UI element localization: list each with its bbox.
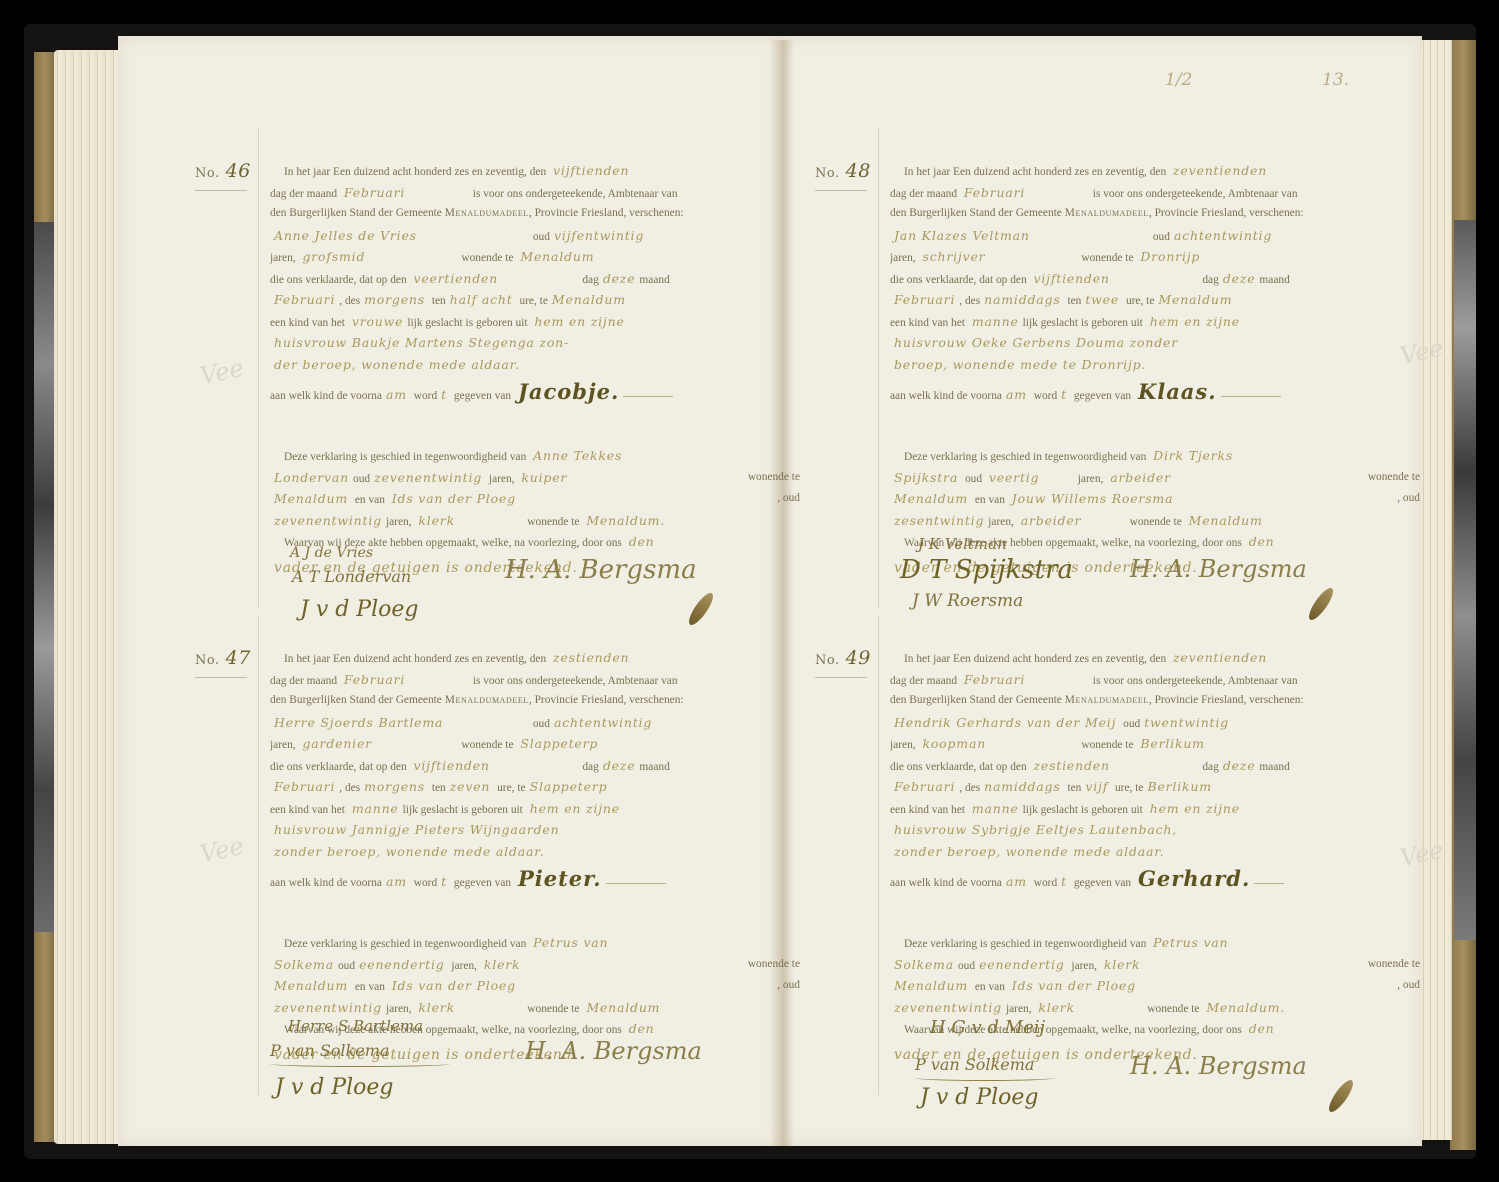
- number-rule: [195, 677, 247, 678]
- birth-record: No.49 In het jaar Een duizend acht honde…: [890, 647, 1420, 1070]
- birth-record: No.46 In het jaar Een duizend acht honde…: [270, 160, 800, 583]
- registration-day: zestienden: [549, 650, 633, 665]
- number-rule: [195, 190, 247, 191]
- witness-line-2: Solkemaoudeenendertig jaren, klerk wonen…: [890, 954, 1420, 976]
- time-of-day: morgens: [360, 779, 429, 794]
- left-binding: [34, 52, 56, 1142]
- child-name: Gerhard.: [1134, 866, 1254, 891]
- witness-line-1: Deze verklaring is geschied in tegenwoor…: [890, 932, 1420, 954]
- declarant-occupation: gardenier: [298, 733, 458, 755]
- signatures: J K Veltman D T Spijkstra J W Roersma H.…: [890, 535, 1410, 635]
- birth-hour: zeven: [446, 779, 495, 794]
- entry-number: No.46: [195, 160, 257, 182]
- line-4: Herre Sjoerds Bartlema oudachtentwintig: [270, 712, 800, 734]
- birth-record: No.48 In het jaar Een duizend acht honde…: [890, 160, 1420, 583]
- birth-place: Menaldum: [1154, 292, 1236, 307]
- mother-line-1: huisvrouw Baukje Martens Stegenga zon-: [270, 335, 573, 350]
- birth-place: Menaldum: [548, 292, 630, 307]
- child-sex: manne: [968, 801, 1023, 816]
- registration-day: zeventienden: [1169, 650, 1271, 665]
- witness1-name: Dirk Tjerks: [1149, 448, 1237, 463]
- witness2-residence: Menaldum: [1185, 513, 1267, 528]
- child-name: Pieter.: [514, 866, 606, 891]
- signature-declarant: J K Veltman: [918, 535, 1007, 553]
- mother-line-2: zonder beroep, wonende mede aldaar.: [270, 841, 740, 863]
- child-sex: manne: [348, 801, 403, 816]
- line-10: beroep, wonende mede te Dronrijp.: [890, 354, 1420, 376]
- birth-place: Slappeterp: [526, 779, 612, 794]
- signature-witness-2: J v d Ploeg: [920, 1085, 1039, 1110]
- registration-month: Februari: [960, 182, 1090, 204]
- line-5: jaren, schrijver wonende te Dronrijp: [890, 246, 1420, 268]
- birth-hour: half acht: [446, 292, 517, 307]
- line-11: aan welk kind de voornaam wordt gegeven …: [890, 862, 1420, 896]
- entry-number: No.48: [815, 160, 877, 182]
- no-label: No.: [195, 166, 220, 181]
- parents-text: hem en zijne: [526, 801, 624, 816]
- line-11: aan welk kind de voornaam wordt gegeven …: [270, 862, 800, 896]
- line-5: jaren, koopman wonende te Berlikum: [890, 733, 1420, 755]
- entry-number-col: No.47: [195, 647, 257, 678]
- witness-line-4: zevenentwintigjaren, klerk wonende te Me…: [890, 997, 1420, 1019]
- line-8: een kind van het mannelijk geslacht is g…: [890, 311, 1420, 333]
- marbled-board-left: [34, 222, 56, 932]
- witness1-occupation: klerk: [1100, 954, 1210, 976]
- line-7: Februari, desnamiddags tentwee ure, teMe…: [890, 289, 1420, 311]
- no-label: No.: [815, 166, 840, 181]
- witness1-occupation: kuiper: [517, 467, 627, 489]
- declarant-name: Herre Sjoerds Bartlema: [270, 712, 530, 734]
- witness-line-3: Menaldum en van Jouw Willems Roersma, ou…: [890, 488, 1420, 510]
- signature-witness-1: P van Solkema: [915, 1055, 1034, 1074]
- registration-month: Februari: [340, 182, 470, 204]
- line-7: Februari, desnamiddags tenvijf ure, teBe…: [890, 776, 1420, 798]
- record-number: 46: [226, 160, 251, 182]
- line-3: den Burgerlijken Stand der Gemeente Mena…: [890, 690, 1420, 712]
- line-4: Jan Klazes Veltman oudachtentwintig: [890, 225, 1420, 247]
- registration-day: zeventienden: [1169, 163, 1271, 178]
- line-8: een kind van het mannelijk geslacht is g…: [270, 798, 800, 820]
- registration-month: Februari: [340, 669, 470, 691]
- line-10: zonder beroep, wonende mede aldaar.: [890, 841, 1420, 863]
- line-7: Februari, desmorgens tenhalf acht ure, t…: [270, 289, 800, 311]
- witness1-name: Petrus van: [529, 935, 612, 950]
- witness-line-2: Londervanoudzevenentwintig jaren, kuiper…: [270, 467, 800, 489]
- line-1: In het jaar Een duizend acht honderd zes…: [890, 647, 1420, 669]
- registration-month: Februari: [960, 669, 1090, 691]
- witness1-occupation: arbeider: [1106, 467, 1216, 489]
- entry-number-col: No.49: [815, 647, 877, 678]
- signature-witness-2: J v d Ploeg: [300, 597, 419, 622]
- witness-line-4: zevenentwintigjaren, klerk wonende te Me…: [270, 510, 800, 532]
- signature-registrar: H. A. Bergsma: [1130, 555, 1307, 583]
- witness2-name: Jouw Willems Roersma: [1008, 491, 1178, 506]
- witness1-age: eenendertig: [355, 957, 449, 972]
- line-6: die ons verklaarde, dat op den vijftiend…: [890, 268, 1420, 290]
- line-9: huisvrouw Oeke Gerbens Douma zonder: [890, 332, 1420, 354]
- declarant-occupation: grofsmid: [298, 246, 458, 268]
- birth-day: zestienden: [1030, 755, 1200, 777]
- declarant-age: achtentwintig: [550, 715, 656, 730]
- witness-line-2: Spijkstra oud veertig jaren, arbeider wo…: [890, 467, 1420, 489]
- witness2-residence: Menaldum.: [1202, 1000, 1289, 1015]
- line-11: aan welk kind de voornaam wordt gegeven …: [890, 375, 1420, 409]
- record-number: 49: [846, 647, 871, 669]
- witness2-occupation: klerk: [414, 510, 524, 532]
- witness-line-4: zevenentwintigjaren, klerk wonende te Me…: [270, 997, 800, 1019]
- declarant-occupation: schrijver: [918, 246, 1078, 268]
- signature-declarant: A J de Vries: [290, 545, 373, 561]
- line-7: Februari, desmorgens tenzeven ure, teSla…: [270, 776, 800, 798]
- witness2-occupation: klerk: [414, 997, 524, 1019]
- record-number: 48: [846, 160, 871, 182]
- line-2: dag der maand Februari is voor ons onder…: [890, 669, 1420, 691]
- line-3: den Burgerlijken Stand der Gemeente Mena…: [270, 690, 800, 712]
- number-rule: [815, 190, 867, 191]
- ink-blot: [685, 590, 717, 628]
- witness-line-3: Menaldum en van Ids van der Ploeg, oud: [890, 975, 1420, 997]
- birth-hour: twee: [1081, 292, 1123, 307]
- line-1: In het jaar Een duizend acht honderd zes…: [890, 160, 1420, 182]
- signature-witness-1: A T Londervan: [292, 567, 411, 586]
- witness2-age: zevenentwintig: [270, 513, 386, 528]
- witness-line-3: Menaldum en van Ids van der Ploeg, oud: [270, 488, 800, 510]
- line-11: aan welk kind de voornaam wordt gegeven …: [270, 375, 800, 409]
- declarant-name: Anne Jelles de Vries: [270, 225, 530, 247]
- mother-line-1: huisvrouw Oeke Gerbens Douma zonder: [890, 335, 1182, 350]
- line-10: zonder beroep, wonende mede aldaar.: [270, 841, 800, 863]
- ink-blot: [1305, 585, 1337, 623]
- line-4: Anne Jelles de Vries oudvijfentwintig: [270, 225, 800, 247]
- witness-line-2: Solkemaoudeenendertig jaren, klerk wonen…: [270, 954, 800, 976]
- mother-line-2: zonder beroep, wonende mede aldaar.: [890, 841, 1360, 863]
- entry-number-col: No.48: [815, 160, 877, 191]
- parents-text: hem en zijne: [530, 314, 628, 329]
- number-rule: [815, 677, 867, 678]
- declarant-residence: Berlikum: [1136, 736, 1208, 751]
- line-3: den Burgerlijken Stand der Gemeente Mena…: [270, 203, 800, 225]
- signatures: A J de Vries A T Londervan J v d Ploeg H…: [270, 545, 790, 645]
- signature-witness-2: J v d Ploeg: [275, 1075, 394, 1100]
- birth-month: Februari: [890, 292, 959, 307]
- witness2-age: zevenentwintig: [890, 1000, 1006, 1015]
- line-5: jaren, grofsmid wonende te Menaldum: [270, 246, 800, 268]
- witness2-age: zevenentwintig: [270, 1000, 386, 1015]
- witness-line-1: Deze verklaring is geschied in tegenwoor…: [890, 445, 1420, 467]
- witness2-residence: Menaldum.: [582, 513, 669, 528]
- signature-registrar: H. A. Bergsma: [505, 555, 697, 585]
- witness2-occupation: klerk: [1034, 997, 1144, 1019]
- no-label: No.: [815, 653, 840, 668]
- witness1-name: Petrus van: [1149, 935, 1232, 950]
- witness1-name: Anne Tekkes: [529, 448, 626, 463]
- witness1-age: zevenentwintig: [370, 470, 486, 485]
- witness2-name: Ids van der Ploeg: [388, 488, 628, 510]
- witness2-age: zesentwintig: [890, 513, 988, 528]
- line-5: jaren, gardenier wonende te Slappeterp: [270, 733, 800, 755]
- line-6: die ons verklaarde, dat op den veertiend…: [270, 268, 800, 290]
- mother-line-1: huisvrouw Jannigje Pieters Wijngaarden: [270, 822, 563, 837]
- line-8: een kind van het mannelijk geslacht is g…: [890, 798, 1420, 820]
- signature-witness-2: J W Roersma: [912, 591, 1023, 611]
- line-9: huisvrouw Baukje Martens Stegenga zon-: [270, 332, 800, 354]
- birth-day: vijftienden: [410, 755, 580, 777]
- declarant-residence: Menaldum: [516, 249, 598, 264]
- birth-day: vijftienden: [1030, 268, 1200, 290]
- signature-witness-1: D T Spijkstra: [900, 555, 1073, 585]
- record-number: 47: [226, 647, 251, 669]
- witness-line-4: zesentwintigjaren, arbeider wonende te M…: [890, 510, 1420, 532]
- form-rule: [258, 128, 259, 608]
- line-9: huisvrouw Jannigje Pieters Wijngaarden: [270, 819, 800, 841]
- signatures: Herre S Bartlema P van Solkema J v d Plo…: [270, 1017, 790, 1117]
- mother-line-2: beroep, wonende mede te Dronrijp.: [890, 354, 1360, 376]
- witness1-residence: Menaldum: [890, 491, 972, 506]
- signature-witness-1: P van Solkema: [270, 1041, 389, 1060]
- declarant-name: Jan Klazes Veltman: [890, 225, 1150, 247]
- right-binding: [1450, 40, 1476, 1150]
- witness1-age: eenendertig: [975, 957, 1069, 972]
- declarant-residence: Dronrijp: [1136, 249, 1204, 264]
- witness-line-1: Deze verklaring is geschied in tegenwoor…: [270, 932, 800, 954]
- birth-place: Berlikum: [1143, 779, 1215, 794]
- form-rule: [878, 615, 879, 1095]
- child-sex: manne: [968, 314, 1023, 329]
- line-8: een kind van het vrouwelijk geslacht is …: [270, 311, 800, 333]
- page-mark: 1/2: [1165, 70, 1192, 90]
- signature-registrar: H. A. Bergsma: [525, 1037, 702, 1065]
- birth-hour: vijf: [1081, 779, 1112, 794]
- child-name: Jacobje.: [514, 379, 623, 404]
- signatures: H G v d Meij P van Solkema J v d Ploeg H…: [890, 1017, 1410, 1127]
- line-2: dag der maand Februari is voor ons onder…: [890, 182, 1420, 204]
- page-stack-right: [1420, 40, 1452, 1140]
- birth-month: Februari: [270, 779, 339, 794]
- no-label: No.: [195, 653, 220, 668]
- entry-number: No.47: [195, 647, 257, 669]
- registration-day: vijftienden: [549, 163, 633, 178]
- mother-line-1: huisvrouw Sybrigje Eeltjes Lautenbach,: [890, 822, 1181, 837]
- line-9: huisvrouw Sybrigje Eeltjes Lautenbach,: [890, 819, 1420, 841]
- declarant-age: twentwintig: [1140, 715, 1233, 730]
- line-6: die ons verklaarde, dat op den vijftiend…: [270, 755, 800, 777]
- page-number: 13.: [1322, 70, 1349, 90]
- line-2: dag der maand Februari is voor ons onder…: [270, 182, 800, 204]
- signature-declarant: H G v d Meij: [930, 1017, 1045, 1038]
- witness2-occupation: arbeider: [1017, 510, 1127, 532]
- witness2-name: Ids van der Ploeg: [388, 975, 628, 997]
- entry-number-col: No.46: [195, 160, 257, 191]
- page-stack-left: [54, 50, 124, 1144]
- line-2: dag der maand Februari is voor ons onder…: [270, 669, 800, 691]
- child-name: Klaas.: [1134, 379, 1221, 404]
- line-6: die ons verklaarde, dat op den zestiende…: [890, 755, 1420, 777]
- form-rule: [258, 615, 259, 1095]
- parents-text: hem en zijne: [1146, 314, 1244, 329]
- witness2-residence: Menaldum: [582, 1000, 664, 1015]
- birth-month: Februari: [270, 292, 339, 307]
- signature-underline: [270, 1061, 450, 1067]
- witness1-occupation: klerk: [480, 954, 590, 976]
- time-of-day: namiddags: [980, 779, 1064, 794]
- signature-registrar: H. A. Bergsma: [1130, 1052, 1307, 1080]
- time-of-day: morgens: [360, 292, 429, 307]
- birth-day: veertienden: [410, 268, 580, 290]
- line-3: den Burgerlijken Stand der Gemeente Mena…: [890, 203, 1420, 225]
- witness2-name: Ids van der Ploeg: [1008, 975, 1248, 997]
- line-10: der beroep, wonende mede aldaar.: [270, 354, 800, 376]
- birth-month: Februari: [890, 779, 959, 794]
- child-sex: vrouwe: [348, 314, 408, 329]
- line-4: Hendrik Gerhards van der Meij oudtwentwi…: [890, 712, 1420, 734]
- line-1: In het jaar Een duizend acht honderd zes…: [270, 160, 800, 182]
- witness-line-3: Menaldum en van Ids van der Ploeg, oud: [270, 975, 800, 997]
- witness1-residence: Menaldum: [890, 978, 972, 993]
- signature-declarant: Herre S Bartlema: [288, 1017, 423, 1035]
- witness-line-1: Deze verklaring is geschied in tegenwoor…: [270, 445, 800, 467]
- witness1-age: veertig: [985, 467, 1075, 489]
- entry-number: No.49: [815, 647, 877, 669]
- declarant-age: achtentwintig: [1170, 228, 1276, 243]
- ink-blot: [1325, 1077, 1357, 1115]
- time-of-day: namiddags: [980, 292, 1064, 307]
- declarant-occupation: koopman: [918, 733, 1078, 755]
- line-1: In het jaar Een duizend acht honderd zes…: [270, 647, 800, 669]
- declarant-residence: Slappeterp: [516, 736, 602, 751]
- form-rule: [878, 128, 879, 608]
- witness1-residence: Menaldum: [270, 978, 352, 993]
- mother-line-2: der beroep, wonende mede aldaar.: [270, 354, 740, 376]
- marbled-board-right: [1454, 220, 1476, 940]
- signature-underline: [915, 1075, 1055, 1081]
- declarant-age: vijfentwintig: [550, 228, 648, 243]
- birth-record: No.47 In het jaar Een duizend acht honde…: [270, 647, 800, 1070]
- declarant-name: Hendrik Gerhards van der Meij: [890, 715, 1120, 730]
- witness1-residence: Menaldum: [270, 491, 352, 506]
- parents-text: hem en zijne: [1146, 801, 1244, 816]
